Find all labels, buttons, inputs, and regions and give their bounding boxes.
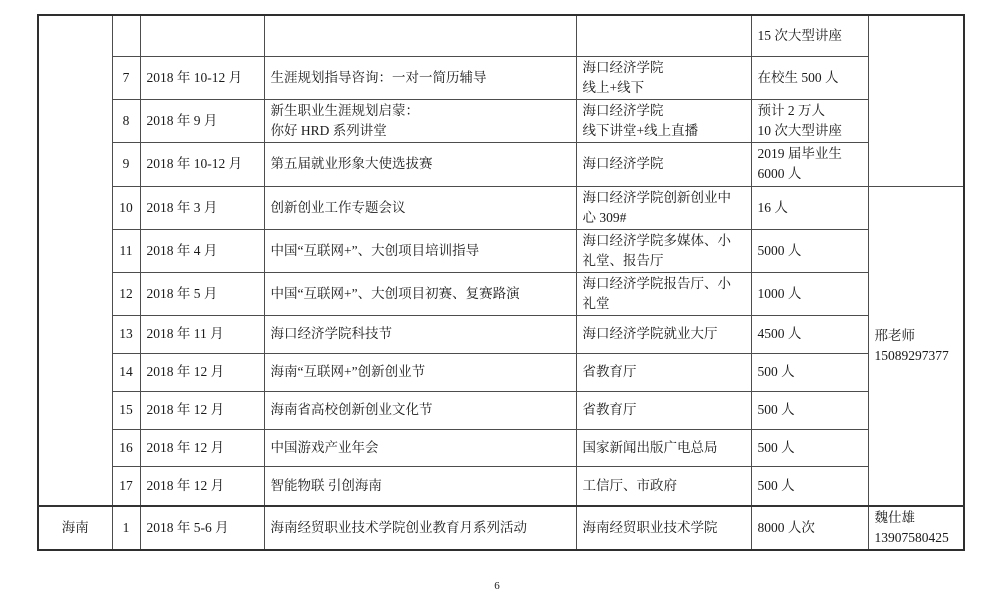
cell-line: 海口经济学院创新创业中: [583, 188, 745, 208]
cell-line: 海口经济学院: [583, 58, 745, 78]
row-number-cell: 9: [112, 142, 140, 186]
cell-line: 第五届就业形象大使选拔赛: [271, 154, 570, 174]
activity-cell: 海南“互联网+”创新创业节: [264, 353, 576, 391]
location-cell: 海口经济学院多媒体、小礼堂、报告厅: [576, 229, 751, 272]
cell-line: 海南省高校创新创业文化节: [271, 400, 570, 420]
row-number-cell: 7: [112, 56, 140, 99]
location-cell: 海口经济学院: [576, 142, 751, 186]
cell-line: 海口经济学院多媒体、小: [583, 231, 745, 251]
table-row: 162018 年 12 月中国游戏产业年会国家新闻出版广电总局500 人: [38, 429, 964, 466]
cell-line: 国家新闻出版广电总局: [583, 438, 745, 458]
document-table: 15 次大型讲座72018 年 10-12 月生涯规划指导咨询：一对一简历辅导海…: [37, 14, 965, 551]
cell-line: 海口经济学院就业大厅: [583, 324, 745, 344]
row-number-cell: 15: [112, 391, 140, 429]
cell-line: 海口经济学院科技节: [271, 324, 570, 344]
participants-cell: 预计 2 万人10 次大型讲座: [751, 99, 868, 142]
cell-line: 心 309#: [583, 208, 745, 228]
location-cell: 海口经济学院线上+线下: [576, 56, 751, 99]
cell-line: 500 人: [758, 438, 862, 458]
date-cell: 2018 年 3 月: [140, 186, 264, 229]
cell-line: 海南经贸职业技术学院创业教育月系列活动: [271, 518, 570, 538]
activity-cell: 中国“互联网+”、大创项目初赛、复赛路演: [264, 272, 576, 315]
cell-line: 新生职业生涯规划启蒙：: [271, 101, 570, 121]
participants-cell: 15 次大型讲座: [751, 15, 868, 56]
page-number: 6: [0, 580, 994, 592]
cell-line: 创新创业工作专题会议: [271, 198, 570, 218]
cell-line: 省教育厅: [583, 362, 745, 382]
cell-line: 中国“互联网+”、大创项目初赛、复赛路演: [271, 284, 570, 304]
location-cell: 国家新闻出版广电总局: [576, 429, 751, 466]
cell-line: 海南“互联网+”创新创业节: [271, 362, 570, 382]
cell-line: 2019 届毕业生: [758, 144, 862, 164]
location-cell: 省教育厅: [576, 353, 751, 391]
cell-line: 生涯规划指导咨询：一对一简历辅导: [271, 68, 570, 88]
activity-cell: 生涯规划指导咨询：一对一简历辅导: [264, 56, 576, 99]
cell-line: 工信厅、市政府: [583, 476, 745, 496]
cell-line: 500 人: [758, 476, 862, 496]
date-cell: 2018 年 9 月: [140, 99, 264, 142]
table-row: 122018 年 5 月中国“互联网+”、大创项目初赛、复赛路演海口经济学院报告…: [38, 272, 964, 315]
cell-line: 邢老师: [875, 326, 958, 346]
row-number-cell: [112, 15, 140, 56]
cell-line: 10 次大型讲座: [758, 121, 862, 141]
cell-line: 500 人: [758, 362, 862, 382]
date-cell: 2018 年 10-12 月: [140, 142, 264, 186]
table-row: 92018 年 10-12 月第五届就业形象大使选拔赛海口经济学院2019 届毕…: [38, 142, 964, 186]
contact-cell: 邢老师15089297377: [868, 186, 964, 506]
cell-line: 500 人: [758, 400, 862, 420]
row-number-cell: 14: [112, 353, 140, 391]
activity-cell: 第五届就业形象大使选拔赛: [264, 142, 576, 186]
participants-cell: 1000 人: [751, 272, 868, 315]
table-row: 152018 年 12 月海南省高校创新创业文化节省教育厅500 人: [38, 391, 964, 429]
participants-cell: 4500 人: [751, 315, 868, 353]
cell-line: 预计 2 万人: [758, 101, 862, 121]
cell-line: 海口经济学院报告厅、小: [583, 274, 745, 294]
cell-line: 8000 人次: [758, 518, 862, 538]
activity-cell: 智能物联 引创海南: [264, 466, 576, 506]
table-row: 海南12018 年 5-6 月海南经贸职业技术学院创业教育月系列活动海南经贸职业…: [38, 506, 964, 550]
cell-line: 礼堂、报告厅: [583, 251, 745, 271]
row-number-cell: 8: [112, 99, 140, 142]
location-cell: 海口经济学院报告厅、小礼堂: [576, 272, 751, 315]
contact-cell: [868, 15, 964, 186]
document-page: 15 次大型讲座72018 年 10-12 月生涯规划指导咨询：一对一简历辅导海…: [0, 0, 1002, 610]
cell-line: 4500 人: [758, 324, 862, 344]
table-row: 82018 年 9 月新生职业生涯规划启蒙：你好 HRD 系列讲堂海口经济学院线…: [38, 99, 964, 142]
participants-cell: 500 人: [751, 466, 868, 506]
cell-line: 16 人: [758, 198, 862, 218]
row-number-cell: 16: [112, 429, 140, 466]
location-cell: 工信厅、市政府: [576, 466, 751, 506]
province-cell: [38, 15, 112, 506]
row-number-cell: 1: [112, 506, 140, 550]
cell-line: 5000 人: [758, 241, 862, 261]
cell-line: 智能物联 引创海南: [271, 476, 570, 496]
cell-line: 礼堂: [583, 294, 745, 314]
location-cell: 海口经济学院创新创业中心 309#: [576, 186, 751, 229]
date-cell: 2018 年 12 月: [140, 391, 264, 429]
cell-line: 6000 人: [758, 164, 862, 184]
row-number-cell: 12: [112, 272, 140, 315]
activity-cell: 创新创业工作专题会议: [264, 186, 576, 229]
activity-cell: 新生职业生涯规划启蒙：你好 HRD 系列讲堂: [264, 99, 576, 142]
location-cell: 省教育厅: [576, 391, 751, 429]
date-cell: 2018 年 5-6 月: [140, 506, 264, 550]
row-number-cell: 13: [112, 315, 140, 353]
cell-line: 线上+线下: [583, 78, 745, 98]
cell-line: 15089297377: [875, 346, 958, 366]
table-row: 15 次大型讲座: [38, 15, 964, 56]
cell-line: 1000 人: [758, 284, 862, 304]
activity-cell: 海口经济学院科技节: [264, 315, 576, 353]
cell-line: 13907580425: [875, 528, 958, 548]
date-cell: 2018 年 11 月: [140, 315, 264, 353]
location-cell: 海口经济学院线下讲堂+线上直播: [576, 99, 751, 142]
cell-line: 省教育厅: [583, 400, 745, 420]
participants-cell: 5000 人: [751, 229, 868, 272]
cell-line: 线下讲堂+线上直播: [583, 121, 745, 141]
date-cell: 2018 年 5 月: [140, 272, 264, 315]
participants-cell: 2019 届毕业生6000 人: [751, 142, 868, 186]
activity-cell: [264, 15, 576, 56]
table-row: 132018 年 11 月海口经济学院科技节海口经济学院就业大厅4500 人: [38, 315, 964, 353]
location-cell: 海南经贸职业技术学院: [576, 506, 751, 550]
participants-cell: 500 人: [751, 353, 868, 391]
cell-line: 魏仕雄: [875, 508, 958, 528]
location-cell: 海口经济学院就业大厅: [576, 315, 751, 353]
cell-line: 你好 HRD 系列讲堂: [271, 121, 570, 141]
date-cell: 2018 年 4 月: [140, 229, 264, 272]
activity-cell: 中国游戏产业年会: [264, 429, 576, 466]
cell-line: 15 次大型讲座: [758, 26, 862, 46]
cell-line: 海口经济学院: [583, 154, 745, 174]
participants-cell: 500 人: [751, 391, 868, 429]
cell-line: 中国游戏产业年会: [271, 438, 570, 458]
table-row: 172018 年 12 月智能物联 引创海南工信厅、市政府500 人: [38, 466, 964, 506]
date-cell: 2018 年 12 月: [140, 353, 264, 391]
activity-cell: 海南经贸职业技术学院创业教育月系列活动: [264, 506, 576, 550]
table-row: 112018 年 4 月中国“互联网+”、大创项目培训指导海口经济学院多媒体、小…: [38, 229, 964, 272]
cell-line: 在校生 500 人: [758, 68, 862, 88]
province-cell: 海南: [38, 506, 112, 550]
table-row: 102018 年 3 月创新创业工作专题会议海口经济学院创新创业中心 309#1…: [38, 186, 964, 229]
table-row: 72018 年 10-12 月生涯规划指导咨询：一对一简历辅导海口经济学院线上+…: [38, 56, 964, 99]
date-cell: 2018 年 12 月: [140, 466, 264, 506]
row-number-cell: 11: [112, 229, 140, 272]
date-cell: 2018 年 10-12 月: [140, 56, 264, 99]
contact-cell: 魏仕雄13907580425: [868, 506, 964, 550]
row-number-cell: 10: [112, 186, 140, 229]
participants-cell: 8000 人次: [751, 506, 868, 550]
cell-line: 海南经贸职业技术学院: [583, 518, 745, 538]
participants-cell: 500 人: [751, 429, 868, 466]
date-cell: 2018 年 12 月: [140, 429, 264, 466]
location-cell: [576, 15, 751, 56]
activity-cell: 海南省高校创新创业文化节: [264, 391, 576, 429]
date-cell: [140, 15, 264, 56]
cell-line: 海口经济学院: [583, 101, 745, 121]
participants-cell: 16 人: [751, 186, 868, 229]
activity-cell: 中国“互联网+”、大创项目培训指导: [264, 229, 576, 272]
row-number-cell: 17: [112, 466, 140, 506]
table-row: 142018 年 12 月海南“互联网+”创新创业节省教育厅500 人: [38, 353, 964, 391]
participants-cell: 在校生 500 人: [751, 56, 868, 99]
cell-line: 中国“互联网+”、大创项目培训指导: [271, 241, 570, 261]
